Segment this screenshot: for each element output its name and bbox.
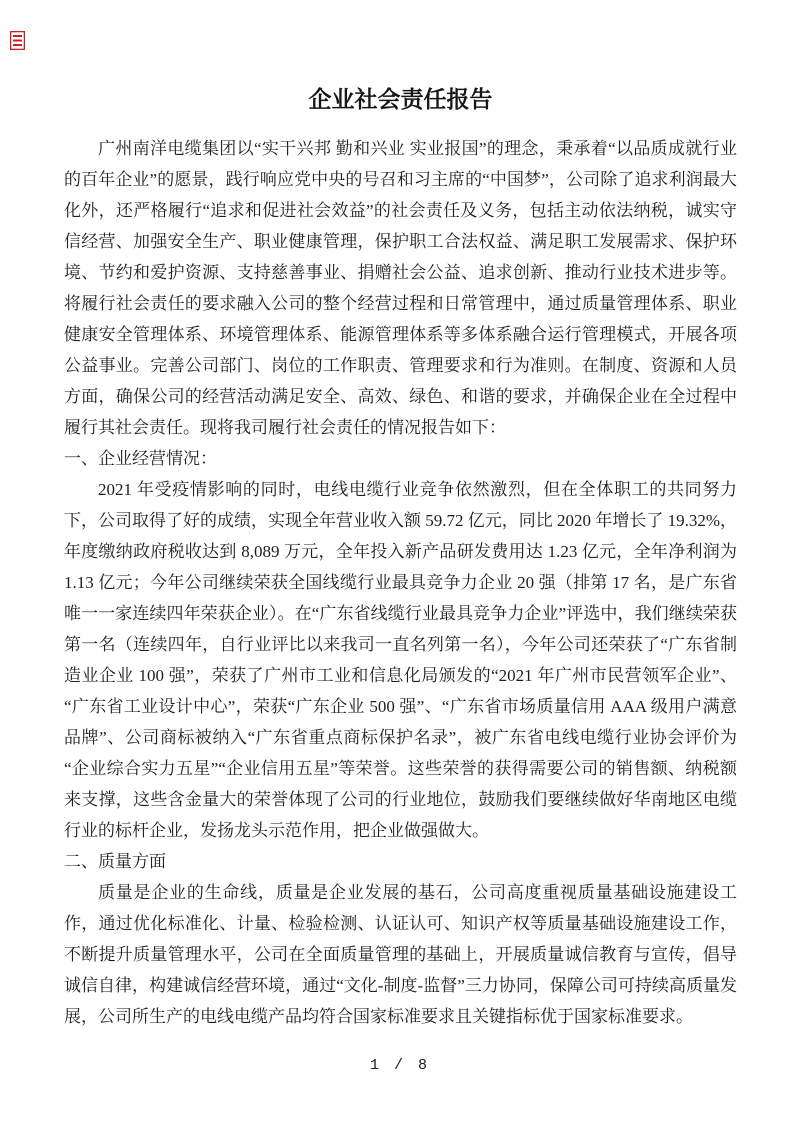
section-2-paragraph: 质量是企业的生命线，质量是企业发展的基石，公司高度重视质量基础设施建设工作，通过… [64,877,737,1032]
intro-paragraph: 广州南洋电缆集团以“实干兴邦 勤和兴业 实业报国”的理念，秉承着“以品质成就行业… [64,133,737,443]
document-page: 企业社会责任报告 广州南洋电缆集团以“实干兴邦 勤和兴业 实业报国”的理念，秉承… [0,0,800,1131]
red-stamp-icon [10,31,25,50]
document-body: 企业社会责任报告 广州南洋电缆集团以“实干兴邦 勤和兴业 实业报国”的理念，秉承… [0,0,800,1032]
page-number: 1 / 8 [0,1055,800,1077]
section-1-heading: 一、企业经营情况： [64,443,737,474]
section-2-heading: 二、质量方面 [64,846,737,877]
section-1-paragraph: 2021 年受疫情影响的同时，电线电缆行业竞争依然激烈，但在全体职工的共同努力下… [64,474,737,846]
page-title: 企业社会责任报告 [64,86,737,114]
